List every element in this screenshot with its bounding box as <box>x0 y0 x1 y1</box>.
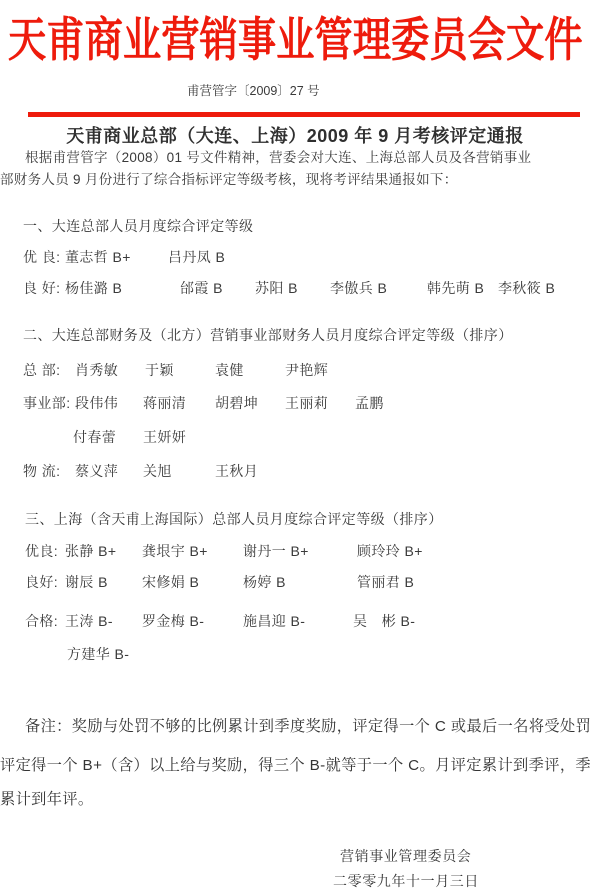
person-entry: 韩先萌 B <box>427 278 484 298</box>
doc-number: 甫营管字〔2009〕27 号 <box>187 84 320 98</box>
person-entry: 王涛 B- <box>65 611 113 631</box>
person-entry: 胡碧坤 <box>215 393 258 413</box>
finance-row-division-cont: 付春蕾 王妍妍 <box>0 427 590 445</box>
intro-line-2: 部财务人员 9 月份进行了综合指标评定等级考核，现将考评结果通报如下： <box>0 172 458 188</box>
remark-line-3: 累计到年评。 <box>0 791 94 808</box>
section-2-heading: 二、大连总部财务及（北方）营销事业部财务人员月度综合评定等级（排序） <box>23 327 513 343</box>
person-entry: 段伟伟 <box>75 393 118 413</box>
row-label: 合格: <box>25 611 58 631</box>
person-entry: 王妍妍 <box>143 427 186 447</box>
row-label: 优 良: <box>23 247 60 267</box>
person-entry: 李傲兵 B <box>330 278 387 298</box>
person-entry: 龚垠宇 B+ <box>142 541 208 561</box>
person-entry: 宋修娟 B <box>142 572 199 592</box>
person-entry: 管丽君 B <box>357 572 414 592</box>
person-entry: 谢丹一 B+ <box>243 541 309 561</box>
section-1-heading: 一、大连总部人员月度综合评定等级 <box>23 218 253 234</box>
person-entry: 苏阳 B <box>255 278 298 298</box>
person-entry: 付春蕾 <box>73 427 116 447</box>
grade-row-good-shanghai: 良好: 谢辰 B 宋修娟 B 杨婷 B 管丽君 B <box>0 572 590 590</box>
grade-row-excellent-dalian: 优 良: 董志哲 B+ 吕丹凤 B <box>0 247 590 265</box>
row-label: 良 好: <box>23 278 60 298</box>
remark-line-2: 评定得一个 B+（含）以上给与奖励，得三个 B-就等于一个 C。月评定累计到季评… <box>0 757 590 774</box>
person-entry: 杨佳潞 B <box>65 278 122 298</box>
person-entry: 孟鹏 <box>355 393 384 413</box>
row-label: 良好: <box>25 572 58 592</box>
person-entry: 施昌迎 B- <box>243 611 305 631</box>
grade-row-excellent-shanghai: 优良: 张静 B+ 龚垠宇 B+ 谢丹一 B+ 顾玲玲 B+ <box>0 541 590 559</box>
person-entry: 罗金梅 B- <box>142 611 204 631</box>
person-entry: 袁健 <box>215 360 244 380</box>
signature: 营销事业管理委员会 <box>340 848 471 864</box>
person-entry: 董志哲 B+ <box>65 247 131 267</box>
remark-line-1: 备注：奖励与处罚不够的比例累计到季度奖励，评定得一个 C 或最后一名将受处罚， <box>25 718 590 735</box>
person-entry: 吴 彬 B- <box>353 611 415 631</box>
finance-row-hq: 总 部: 肖秀敏 于颖 袁健 尹艳辉 <box>0 360 590 378</box>
person-entry: 李秋筱 B <box>498 278 555 298</box>
document-page: { "colors": { "header_red": "#ee1b0c", "… <box>0 0 590 892</box>
section-3-heading: 三、上海（含天甫上海国际）总部人员月度综合评定等级（排序） <box>25 511 443 527</box>
notice-title: 天甫商业总部（大连、上海）2009 年 9 月考核评定通报 <box>0 126 590 147</box>
person-entry: 邰霞 B <box>180 278 223 298</box>
person-entry: 杨婷 B <box>243 572 286 592</box>
person-entry: 蔡义萍 <box>75 461 118 481</box>
signature-date: 二零零九年十一月三日 <box>333 873 479 889</box>
grade-row-pass-shanghai-cont: 方建华 B- <box>0 644 590 662</box>
person-entry: 吕丹凤 B <box>168 247 225 267</box>
person-entry: 关旭 <box>143 461 172 481</box>
grade-row-pass-shanghai: 合格: 王涛 B- 罗金梅 B- 施昌迎 B- 吴 彬 B- <box>0 611 590 629</box>
person-entry: 王丽莉 <box>285 393 328 413</box>
intro-line-1: 根据甫营管字（2008）01 号文件精神，营委会对大连、上海总部人员及各营销事业 <box>25 150 531 166</box>
row-label: 总 部: <box>23 360 60 380</box>
finance-row-logistics: 物 流: 蔡义萍 关旭 王秋月 <box>0 461 590 479</box>
row-label: 物 流: <box>23 461 60 481</box>
row-label: 优良: <box>25 541 58 561</box>
red-divider-rule <box>28 112 580 117</box>
person-entry: 谢辰 B <box>65 572 108 592</box>
person-entry: 张静 B+ <box>65 541 116 561</box>
person-entry: 顾玲玲 B+ <box>357 541 423 561</box>
person-entry: 于颖 <box>145 360 174 380</box>
row-label: 事业部: <box>23 393 71 413</box>
person-entry: 肖秀敏 <box>75 360 118 380</box>
masthead-title: 天甫商业营销事业管理委员会文件 <box>8 13 583 67</box>
person-entry: 尹艳辉 <box>285 360 328 380</box>
finance-row-division: 事业部: 段伟伟 蒋丽清 胡碧坤 王丽莉 孟鹏 <box>0 393 590 411</box>
person-entry: 方建华 B- <box>67 644 129 664</box>
person-entry: 蒋丽清 <box>143 393 186 413</box>
person-entry: 王秋月 <box>215 461 258 481</box>
grade-row-good-dalian: 良 好: 杨佳潞 B 邰霞 B 苏阳 B 李傲兵 B 韩先萌 B 李秋筱 B <box>0 278 590 296</box>
